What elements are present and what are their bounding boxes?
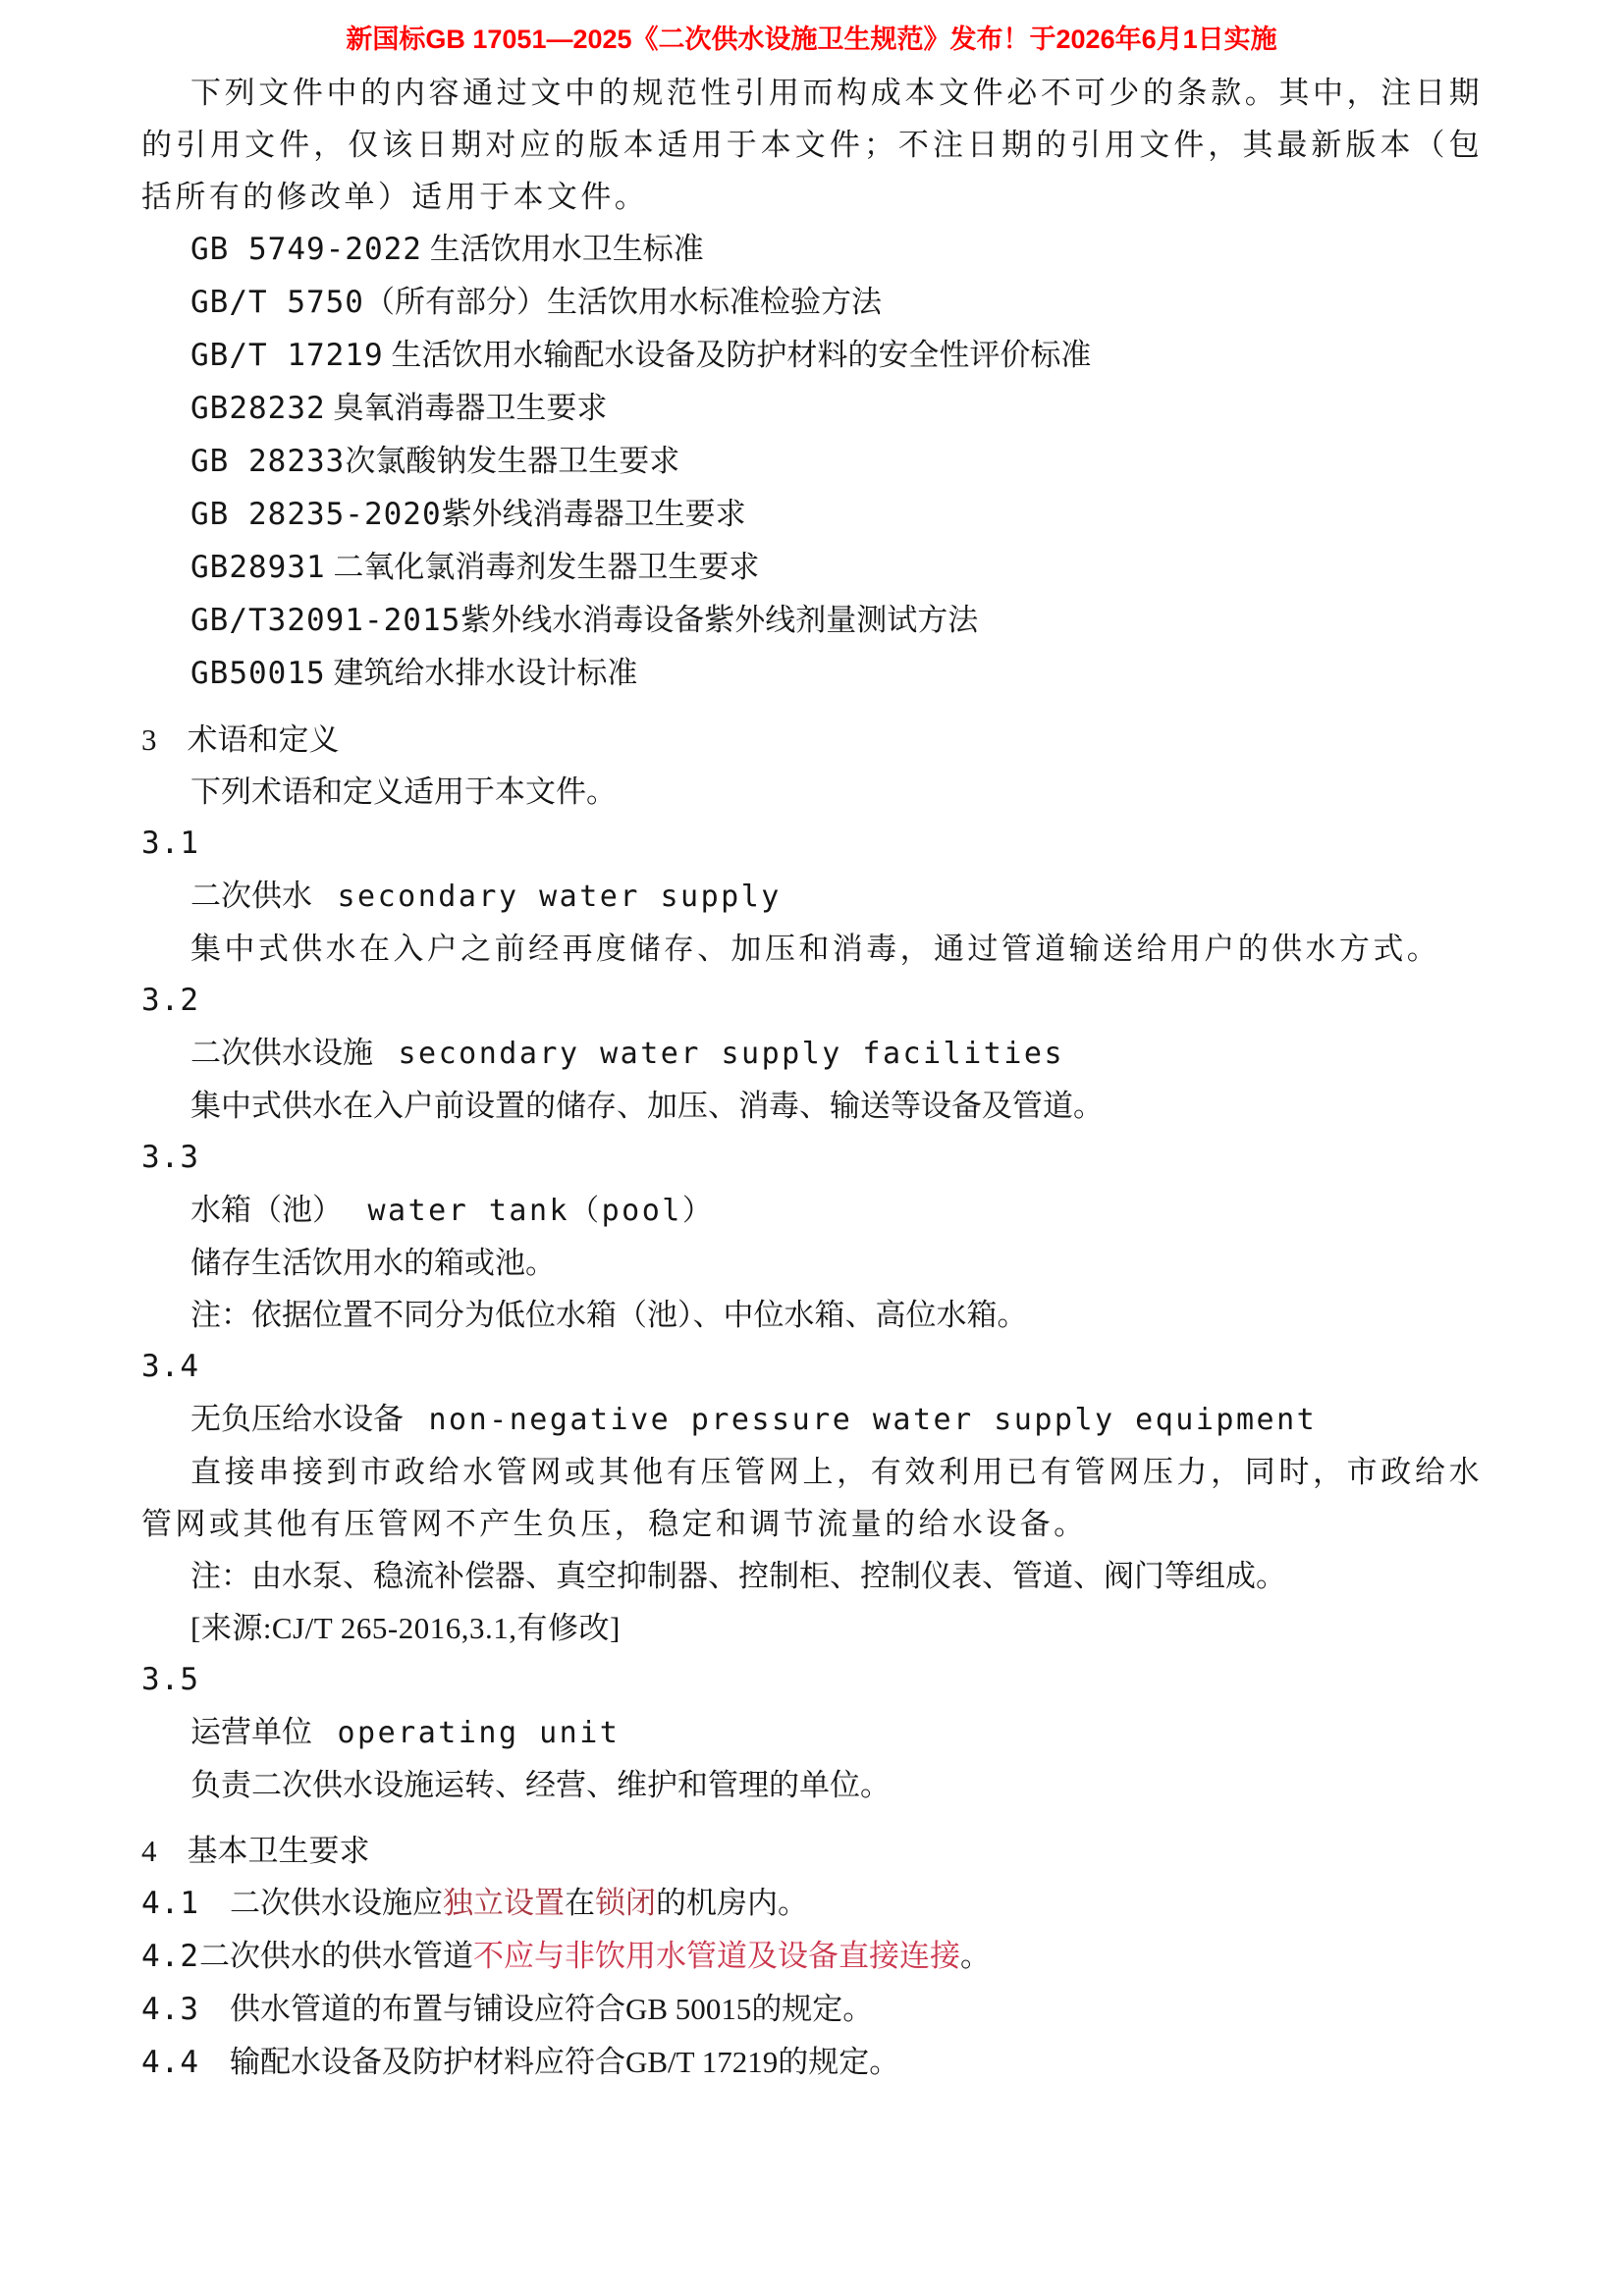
clause-number: 4.2: [141, 1939, 199, 1974]
reference-title: （所有部分）生活饮用水标准检验方法: [364, 285, 882, 319]
term-block-3-5: 3.5 运营单位operating unit 负责二次供水设施运转、经营、维护和…: [141, 1654, 1483, 1811]
clause-text: 供水管道的布置与铺设应符合GB 50015的规定。: [199, 1992, 873, 2026]
clause-number: 4.3: [141, 1992, 199, 2027]
reference-item: GB 5749-2022 生活饮用水卫生标准: [141, 223, 1483, 276]
reference-item: GB/T32091-2015紫外线水消毒设备紫外线剂量测试方法: [141, 594, 1483, 647]
clause-text: 在: [565, 1886, 595, 1920]
clause-text: 。: [960, 1939, 991, 1973]
term-definition: 直接串接到市政给水管网或其他有压管网上，有效利用已有管网压力，同时，市政给水管网…: [141, 1446, 1483, 1550]
term-definition: 集中式供水在入户前设置的储存、加压、消毒、输送等设备及管道。: [141, 1080, 1483, 1132]
term-zh: 水箱（池）: [190, 1193, 343, 1227]
term-en: water tank（pool）: [368, 1194, 715, 1228]
term-definition: 储存生活饮用水的箱或池。: [141, 1237, 1483, 1289]
section-heading-terms: 3 术语和定义: [141, 714, 1483, 766]
reference-item: GB 28233次氯酸钠发生器卫生要求: [141, 435, 1483, 488]
term-definition: 负责二次供水设施运转、经营、维护和管理的单位。: [141, 1759, 1483, 1811]
reference-title: 紫外线消毒器卫生要求: [442, 497, 746, 531]
term-title: 无负压给水设备non-negative pressure water suppl…: [141, 1393, 1483, 1446]
term-zh: 二次供水: [190, 879, 312, 913]
term-number: 3.5: [141, 1654, 1483, 1706]
clause-4-3: 4.3 供水管道的布置与铺设应符合GB 50015的规定。: [141, 1983, 1483, 2036]
term-note: 注：依据位置不同分为低位水箱（池）、中位水箱、高位水箱。: [141, 1289, 1483, 1341]
term-title: 二次供水设施secondary water supply facilities: [141, 1027, 1483, 1080]
terms-lead: 下列术语和定义适用于本文件。: [141, 766, 1483, 818]
clause-4-2: 4.2二次供水的供水管道不应与非饮用水管道及设备直接连接。: [141, 1930, 1483, 1983]
reference-title: 二氧化氯消毒剂发生器卫生要求: [326, 550, 760, 584]
term-block-3-4: 3.4 无负压给水设备non-negative pressure water s…: [141, 1341, 1483, 1654]
clause-number: 4.1: [141, 1886, 199, 1921]
reference-title: 建筑给水排水设计标准: [326, 656, 638, 690]
page-title-banner: 新国标GB 17051—2025《二次供水设施卫生规范》发布！于2026年6月1…: [0, 24, 1623, 55]
reference-item: GB 28235-2020紫外线消毒器卫生要求: [141, 488, 1483, 541]
document-page: 新国标GB 17051—2025《二次供水设施卫生规范》发布！于2026年6月1…: [0, 0, 1623, 2296]
clause-emphasis-text: 锁闭: [595, 1886, 656, 1920]
term-en: non-negative pressure water supply equip…: [429, 1403, 1318, 1437]
reference-item: GB/T 5750（所有部分）生活饮用水标准检验方法: [141, 276, 1483, 329]
clause-4-4: 4.4 输配水设备及防护材料应符合GB/T 17219的规定。: [141, 2036, 1483, 2089]
term-block-3-2: 3.2 二次供水设施secondary water supply facilit…: [141, 975, 1483, 1132]
reference-title: 臭氧消毒器卫生要求: [326, 391, 608, 425]
document-content: 下列文件中的内容通过文中的规范性引用而构成本文件必不可少的条款。其中，注日期的引…: [141, 67, 1483, 2089]
reference-title: 生活饮用水卫生标准: [422, 232, 704, 266]
reference-code: GB28232: [190, 391, 326, 426]
term-en: operating unit: [338, 1716, 621, 1750]
term-zh: 无负压给水设备: [190, 1402, 404, 1436]
term-note: 注：由水泵、稳流补偿器、真空抑制器、控制柜、控制仪表、管道、阀门等组成。: [141, 1550, 1483, 1602]
reference-title: 次氯酸钠发生器卫生要求: [345, 444, 679, 478]
reference-item: GB50015 建筑给水排水设计标准: [141, 647, 1483, 700]
reference-item: GB28232 臭氧消毒器卫生要求: [141, 382, 1483, 435]
clause-text: 二次供水设施应: [199, 1886, 443, 1920]
term-block-3-3: 3.3 水箱（池）water tank（pool） 储存生活饮用水的箱或池。 注…: [141, 1132, 1483, 1341]
term-number: 3.4: [141, 1341, 1483, 1393]
term-definition: 集中式供水在入户之前经再度储存、加压和消毒，通过管道输送给用户的供水方式。: [141, 923, 1483, 975]
reference-code: GB50015: [190, 656, 326, 691]
clause-number: 4.4: [141, 2045, 199, 2080]
clause-text: 二次供水的供水管道: [199, 1939, 473, 1973]
section-heading-requirements: 4 基本卫生要求: [141, 1825, 1483, 1877]
reference-code: GB/T 5750: [190, 285, 364, 320]
term-title: 二次供水secondary water supply: [141, 870, 1483, 923]
term-number: 3.1: [141, 818, 1483, 870]
reference-code: GB28931: [190, 550, 326, 585]
reference-code: GB 28235-2020: [190, 497, 442, 532]
clause-emphasis-text: 不应与非饮用水管道及设备直接连接: [473, 1939, 960, 1973]
reference-list: GB 5749-2022 生活饮用水卫生标准 GB/T 5750（所有部分）生活…: [141, 223, 1483, 700]
reference-title: 生活饮用水输配水设备及防护材料的安全性评价标准: [384, 338, 1092, 372]
term-title: 水箱（池）water tank（pool）: [141, 1184, 1483, 1237]
term-block-3-1: 3.1 二次供水secondary water supply 集中式供水在入户之…: [141, 818, 1483, 975]
clause-text: 的机房内。: [656, 1886, 808, 1920]
term-zh: 二次供水设施: [190, 1036, 373, 1070]
term-title: 运营单位operating unit: [141, 1706, 1483, 1759]
normative-references-intro: 下列文件中的内容通过文中的规范性引用而构成本文件必不可少的条款。其中，注日期的引…: [141, 67, 1483, 223]
reference-code: GB/T32091-2015: [190, 603, 460, 638]
reference-item: GB28931 二氧化氯消毒剂发生器卫生要求: [141, 541, 1483, 594]
clause-emphasis-text: 独立设置: [443, 1886, 565, 1920]
term-number: 3.2: [141, 975, 1483, 1027]
clause-text: 输配水设备及防护材料应符合GB/T 17219的规定。: [199, 2045, 899, 2079]
term-zh: 运营单位: [190, 1715, 312, 1749]
clause-4-1: 4.1 二次供水设施应独立设置在锁闭的机房内。: [141, 1877, 1483, 1930]
term-en: secondary water supply: [338, 880, 782, 914]
reference-item: GB/T 17219 生活饮用水输配水设备及防护材料的安全性评价标准: [141, 329, 1483, 382]
term-number: 3.3: [141, 1132, 1483, 1184]
reference-code: GB 5749-2022: [190, 232, 422, 267]
reference-code: GB/T 17219: [190, 338, 384, 373]
term-source: [来源:CJ/T 265-2016,3.1,有修改]: [141, 1602, 1483, 1654]
reference-code: GB 28233: [190, 444, 345, 479]
reference-title: 紫外线水消毒设备紫外线剂量测试方法: [460, 603, 978, 637]
term-en: secondary water supply facilities: [399, 1037, 1065, 1071]
